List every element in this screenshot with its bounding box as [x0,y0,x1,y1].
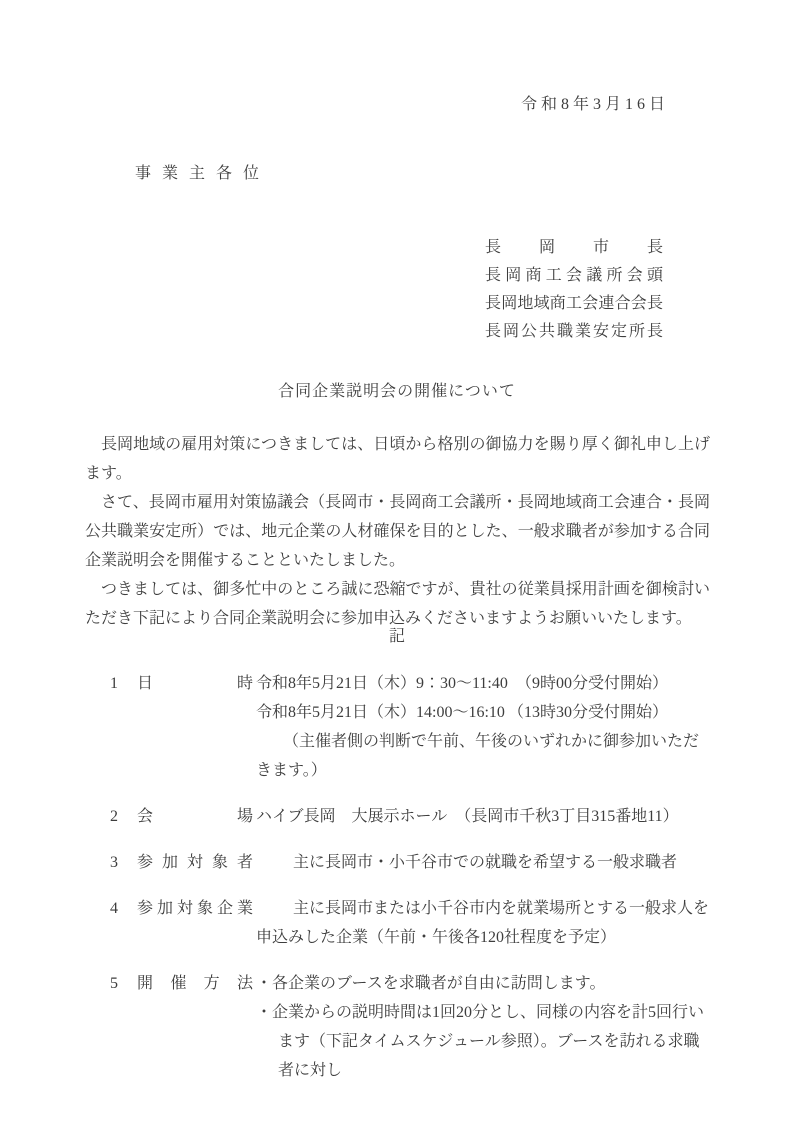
sender-block: 長岡市長 長岡商工会議所会頭 長岡地域商工会連合会長 長岡公共職業安定所長 [485,234,663,346]
method-bullet: ・企業からの説明時間は1回20分とし、同様の内容を計5回行います（下記タイムスケ… [256,998,710,1085]
sender-line-federation: 長岡地域商工会連合会長 [485,290,663,318]
schedule-note: （13時30分受付開始） [508,698,668,727]
sender-line-employment-office: 長岡公共職業安定所長 [485,318,663,346]
schedule-time: 令和8年5月21日（木）14:00～16:10 [256,698,505,727]
item-content: 主に長岡市・小千谷市での就職を希望する一般求職者 [256,848,710,877]
addressee-line: 事業主各位 [135,164,270,185]
item-number: 3 [110,848,137,877]
item-label: 参加対象者 [137,848,253,877]
item-number: 1 [110,669,137,698]
item-label: 開催方法 [137,969,253,998]
paragraph-request: つきましては、御多忙中のところ誠に恐縮ですが、貴社の従業員採用計画を御検討いただ… [85,575,710,633]
schedule-remark: （主催者側の判断で午前、午後のいずれかに御参加いただきます。） [256,727,710,785]
item-content: ハイブ長岡 大展示ホール （長岡市千秋3丁目315番地11） [256,802,710,831]
items-list: 1 日時 令和8年5月21日（木）9：30～11:40 （9時00分受付開始） … [110,669,710,1102]
item-label: 日時 [137,669,253,698]
schedule-row-afternoon: 令和8年5月21日（木）14:00～16:10 （13時30分受付開始） [256,698,668,727]
item-number: 4 [110,894,137,923]
sender-line-chamber: 長岡商工会議所会頭 [485,262,663,290]
document-title: 合同企業説明会の開催について [0,382,794,403]
schedule-note: （9時00分受付開始） [516,669,668,698]
paragraph-announcement: さて、長岡市雇用対策協議会（長岡市・長岡商工会議所・長岡地域商工会連合・長岡公共… [85,488,710,575]
item-date-time: 1 日時 令和8年5月21日（木）9：30～11:40 （9時00分受付開始） … [110,669,710,785]
document-date: 令和8年3月16日 [521,95,669,116]
sender-line-mayor: 長岡市長 [485,234,663,262]
item-content: 令和8年5月21日（木）9：30～11:40 （9時00分受付開始） 令和8年5… [256,669,710,785]
item-label: 会場 [137,802,253,831]
item-label: 参加対象企業 [137,894,253,923]
paragraph-greeting: 長岡地域の雇用対策につきましては、日頃から格別の御協力を賜り厚く御礼申し上げます… [85,430,710,488]
document-page: 令和8年3月16日 事業主各位 長岡市長 長岡商工会議所会頭 長岡地域商工会連合… [0,0,794,1123]
schedule-time: 令和8年5月21日（木）9：30～11:40 [256,669,508,698]
body-paragraphs: 長岡地域の雇用対策につきましては、日頃から格別の御協力を賜り厚く御礼申し上げます… [85,430,710,633]
item-method: 5 開催方法 ・各企業のブースを求職者が自由に訪問します。 ・企業からの説明時間… [110,969,710,1085]
ki-marker: 記 [0,627,794,646]
item-number: 2 [110,802,137,831]
method-bullet: ・各企業のブースを求職者が自由に訪問します。 [256,969,710,998]
item-venue: 2 会場 ハイブ長岡 大展示ホール （長岡市千秋3丁目315番地11） [110,802,710,831]
item-target-jobseekers: 3 参加対象者 主に長岡市・小千谷市での就職を希望する一般求職者 [110,848,710,877]
item-content: 主に長岡市または小千谷市内を就業場所とする一般求人を申込みした企業（午前・午後各… [256,894,710,952]
schedule-row-morning: 令和8年5月21日（木）9：30～11:40 （9時00分受付開始） [256,669,668,698]
item-content: ・各企業のブースを求職者が自由に訪問します。 ・企業からの説明時間は1回20分と… [256,969,710,1085]
item-target-companies: 4 参加対象企業 主に長岡市または小千谷市内を就業場所とする一般求人を申込みした… [110,894,710,952]
item-number: 5 [110,969,137,998]
